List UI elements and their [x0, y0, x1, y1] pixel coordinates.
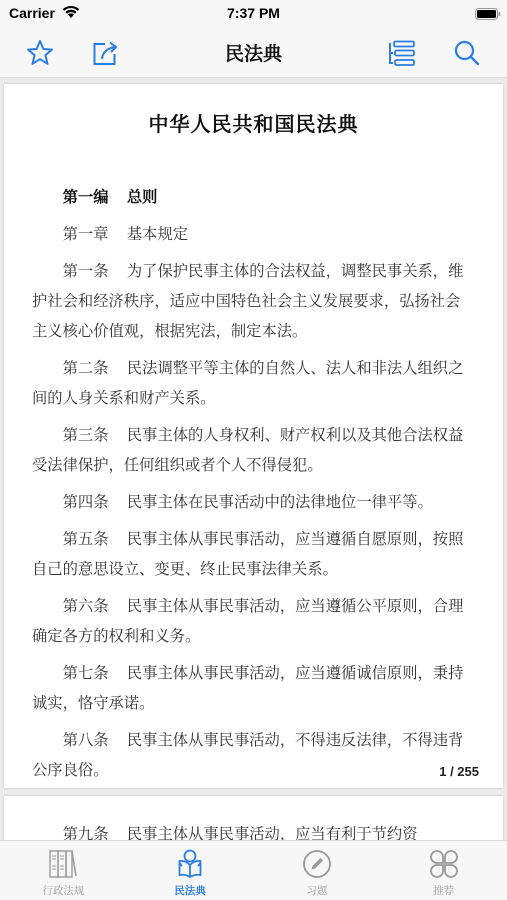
tab-exercises[interactable]: 习题 — [254, 841, 381, 900]
part-heading: 第一编总则 — [32, 182, 472, 212]
article: 第二条民法调整平等主体的自然人、法人和非法人组织之间的人身关系和财产关系。 — [32, 353, 472, 413]
article-number: 第四条 — [63, 493, 109, 511]
tab-label: 推荐 — [433, 883, 454, 898]
article: 第八条民事主体从事民事活动，不得违反法律，不得违背公序良俗。 — [32, 725, 472, 785]
tab-civil-code[interactable]: 民法典 — [127, 841, 254, 900]
status-bar: Carrier 7:37 PM — [0, 0, 507, 26]
article-text: 民事主体在民事活动中的法律地位一律平等。 — [127, 493, 433, 511]
part-number: 第一编 — [63, 188, 109, 206]
article-number: 第二条 — [63, 359, 109, 377]
page-indicator: 1 / 255 — [439, 764, 479, 779]
chapter-name: 基本规定 — [127, 225, 188, 243]
clover-grid-icon — [428, 848, 460, 880]
article: 第四条民事主体在民事活动中的法律地位一律平等。 — [32, 487, 472, 517]
chapter-heading: 第一章基本规定 — [32, 219, 472, 249]
list-outline-icon[interactable] — [387, 38, 417, 68]
article: 第六条民事主体从事民事活动，应当遵循公平原则，合理确定各方的权利和义务。 — [32, 591, 472, 651]
battery-icon — [475, 7, 499, 19]
nav-title: 民法典 — [0, 39, 507, 66]
tab-recommended[interactable]: 推荐 — [380, 841, 507, 900]
article-number: 第六条 — [63, 597, 109, 615]
tab-label: 习题 — [306, 883, 327, 898]
article-number: 第五条 — [63, 530, 109, 548]
tab-administrative-regulations[interactable]: 行政法规 — [0, 841, 127, 900]
article: 第五条民事主体从事民事活动，应当遵循自愿原则，按照自己的意思设立、变更、终止民事… — [32, 524, 472, 584]
article: 第一条为了保护民事主体的合法权益，调整民事关系，维护社会和经济秩序，适应中国特色… — [32, 256, 472, 346]
document-page[interactable]: 中华人民共和国民法典 第一编总则 第一章基本规定 第一条为了保护民事主体的合法权… — [4, 84, 503, 788]
clock: 7:37 PM — [0, 5, 507, 21]
article-number: 第三条 — [63, 426, 109, 444]
document-body: 第一编总则 第一章基本规定 第一条为了保护民事主体的合法权益，调整民事关系，维护… — [32, 182, 472, 785]
article-number: 第八条 — [63, 731, 109, 749]
article-number: 第七条 — [63, 664, 109, 682]
part-name: 总则 — [127, 188, 158, 206]
reader-icon — [174, 848, 206, 880]
tab-label: 行政法规 — [42, 883, 84, 898]
search-icon[interactable] — [452, 38, 482, 68]
article-number: 第一条 — [63, 262, 109, 280]
chapter-number: 第一章 — [63, 225, 109, 243]
tab-label: 民法典 — [174, 883, 206, 898]
pencil-circle-icon — [301, 848, 333, 880]
tab-bar: 行政法规 民法典 习题 推荐 — [0, 840, 507, 900]
navigation-bar: 民法典 — [0, 26, 507, 78]
document-title: 中华人民共和国民法典 — [4, 108, 503, 137]
bookshelf-icon — [47, 848, 79, 880]
article: 第三条民事主体的人身权利、财产权利以及其他合法权益受法律保护，任何组织或者个人不… — [32, 420, 472, 480]
article: 第七条民事主体从事民事活动，应当遵循诚信原则，秉持诚实，恪守承诺。 — [32, 658, 472, 718]
